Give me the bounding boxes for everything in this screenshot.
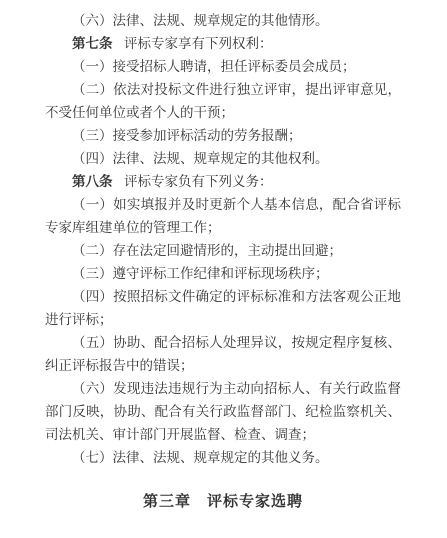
paragraph: （一）如实填报并及时更新个人基本信息，配合省评标专家库组建单位的管理工作；	[45, 193, 401, 239]
paragraph: （六）法律、法规、规章规定的其他情形。	[45, 9, 401, 32]
article-paragraph: 第七条评标专家享有下列权利：	[45, 32, 401, 55]
document-page: （六）法律、法规、规章规定的其他情形。第七条评标专家享有下列权利：（一）接受招标…	[0, 0, 447, 538]
paragraph: （四）法律、法规、规章规定的其他权利。	[45, 147, 401, 170]
paragraph: （一）接受招标人聘请，担任评标委员会成员；	[45, 55, 401, 78]
chapter-heading: 第三章 评标专家选聘	[45, 491, 401, 514]
paragraph: （五）协助、配合招标人处理异议，按规定程序复核、纠正评标报告中的错误；	[45, 331, 401, 377]
article-paragraph: 第八条评标专家负有下列义务：	[45, 170, 401, 193]
paragraph: （六）发现违法违规行为主动向招标人、有关行政监督部门反映，协助、配合有关行政监督…	[45, 377, 401, 446]
paragraph: （三）遵守评标工作纪律和评标现场秩序；	[45, 262, 401, 285]
article-text: 评标专家享有下列权利：	[124, 36, 273, 51]
paragraph: （七）法律、法规、规章规定的其他义务。	[45, 446, 401, 469]
paragraph: （四）按照招标文件确定的评标标准和方法客观公正地进行评标；	[45, 285, 401, 331]
article-number: 第八条	[72, 174, 113, 189]
document-body: （六）法律、法规、规章规定的其他情形。第七条评标专家享有下列权利：（一）接受招标…	[45, 9, 401, 469]
paragraph: （三）接受参加评标活动的劳务报酬；	[45, 124, 401, 147]
paragraph: （二）依法对投标文件进行独立评审，提出评审意见，不受任何单位或者个人的干预；	[45, 78, 401, 124]
article-text: 评标专家负有下列义务：	[124, 174, 273, 189]
paragraph: （二）存在法定回避情形的，主动提出回避；	[45, 239, 401, 262]
article-number: 第七条	[72, 36, 113, 51]
